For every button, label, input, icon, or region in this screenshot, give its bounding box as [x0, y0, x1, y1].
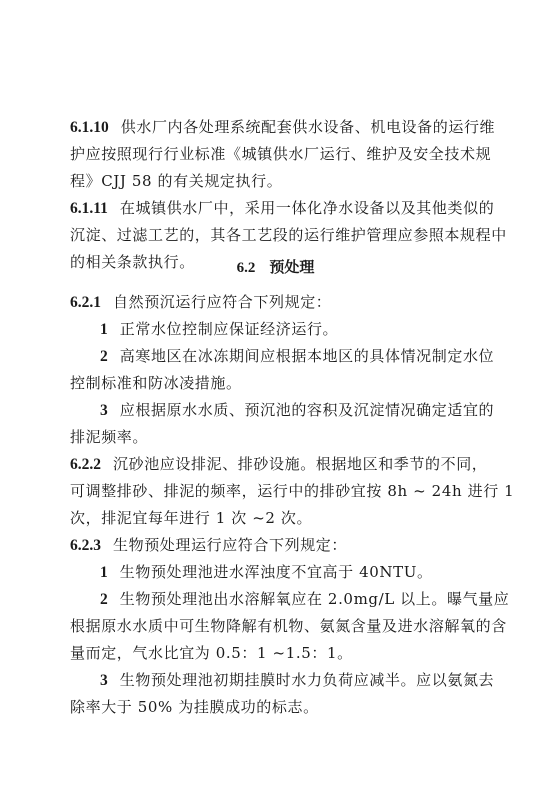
- section-title: 预处理: [269, 258, 314, 276]
- clause-number: 6.1.11: [70, 200, 108, 217]
- clause-6-1-11-line-2: 沉淀、过滤工艺的，其各工艺段的运行维护管理应参照本规程中: [70, 222, 485, 249]
- clause-6-2-2-line-1: 6.2.2沉砂池应设排泥、排砂设施。根据地区和季节的不同，: [70, 451, 485, 478]
- clause-6-2-3: 6.2.3生物预处理运行应符合下列规定：: [70, 532, 485, 559]
- item-6-2-1-2-cont: 控制标准和防冰凌措施。: [70, 370, 485, 397]
- section-number: 6.2: [237, 260, 256, 276]
- item-6-2-3-2-cont-2: 量而定，气水比宜为 0.5：1 ~1.5：1。: [70, 640, 485, 667]
- item-6-2-3-2-cont-1: 根据原水水质中可生物降解有机物、氨氮含量及进水溶解氧的含: [70, 613, 485, 640]
- item-6-2-1-2: 2高寒地区在冰冻期间应根据本地区的具体情况制定水位: [100, 343, 515, 370]
- clause-6-2-1: 6.2.1自然预沉运行应符合下列规定：: [70, 289, 485, 316]
- clause-6-2-2-line-2: 可调整排砂、排泥的频率，运行中的排砂宜按 8h ~ 24h 进行 1: [70, 478, 485, 505]
- clause-number: 6.2.1: [70, 294, 101, 311]
- clause-number: 6.2.3: [70, 537, 101, 554]
- item-6-2-3-2: 2生物预处理池出水溶解氧应在 2.0mg/L 以上。曝气量应: [100, 586, 515, 613]
- section-heading: 6.2预处理: [0, 254, 551, 281]
- clause-6-1-10-line-3: 程》CJJ 58 的有关规定执行。: [70, 168, 485, 195]
- item-6-2-1-3-cont: 排泥频率。: [70, 424, 485, 451]
- clause-6-2-2-line-3: 次，排泥宜每年进行 1 次 ~2 次。: [70, 505, 485, 532]
- clause-number: 6.2.2: [70, 456, 101, 473]
- item-6-2-3-3-cont: 除率大于 50% 为挂膜成功的标志。: [70, 694, 485, 721]
- clause-number: 6.1.10: [70, 119, 109, 136]
- document-page: 6.1.10供水厂内各处理系统配套供水设备、机电设备的运行维 护应按照现行行业标…: [0, 0, 551, 789]
- item-6-2-3-3: 3生物预处理池初期挂膜时水力负荷应减半。应以氨氮去: [100, 667, 515, 694]
- item-6-2-3-1: 1生物预处理池进水浑浊度不宜高于 40NTU。: [100, 559, 515, 586]
- clause-6-1-10-line-1: 6.1.10供水厂内各处理系统配套供水设备、机电设备的运行维: [70, 114, 485, 141]
- clause-6-1-10-line-2: 护应按照现行行业标准《城镇供水厂运行、维护及安全技术规: [70, 141, 485, 168]
- item-6-2-1-1: 1正常水位控制应保证经济运行。: [100, 316, 515, 343]
- item-6-2-1-3: 3应根据原水水质、预沉池的容积及沉淀情况确定适宜的: [100, 397, 515, 424]
- clause-6-1-11-line-1: 6.1.11在城镇供水厂中，采用一体化净水设备以及其他类似的: [70, 195, 485, 222]
